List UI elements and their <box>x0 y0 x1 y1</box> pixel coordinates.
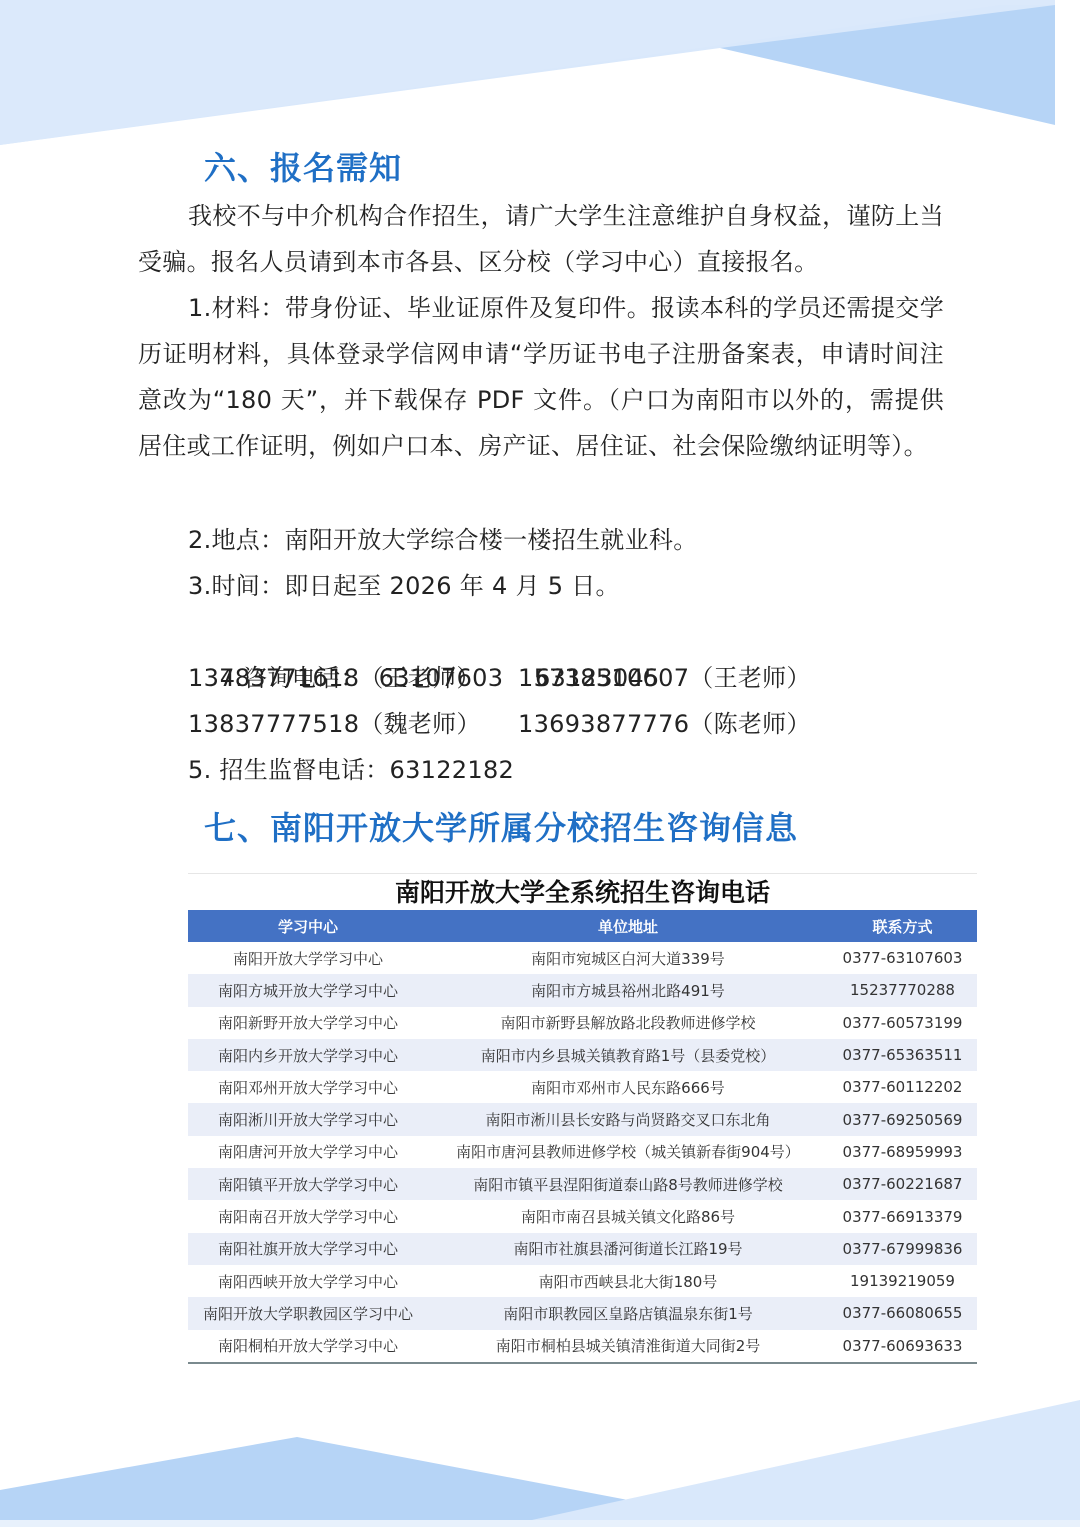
cell-center: 南阳开放大学学习中心 <box>188 942 428 974</box>
contact-table-grid: 学习中心 单位地址 联系方式 南阳开放大学学习中心南阳市宛城区白河大道339号0… <box>188 910 977 1362</box>
cell-phone: 0377-63107603 <box>828 942 977 974</box>
table-row: 南阳南召开放大学学习中心南阳市南召县城关镇文化路86号0377-66913379 <box>188 1200 977 1232</box>
table-row: 南阳新野开放大学学习中心南阳市新野县解放路北段教师进修学校0377-605731… <box>188 1007 977 1039</box>
cell-address: 南阳市社旗县潘河街道长江路19号 <box>428 1233 828 1265</box>
cell-center: 南阳镇平开放大学学习中心 <box>188 1168 428 1200</box>
cell-phone: 0377-67999836 <box>828 1233 977 1265</box>
cell-address: 南阳市桐柏县城关镇清淮街道大同街2号 <box>428 1330 828 1362</box>
section-title-branch-info: 七、南阳开放大学所属分校招生咨询信息 <box>204 808 798 848</box>
table-row: 南阳镇平开放大学学习中心南阳市镇平县涅阳街道泰山路8号教师进修学校0377-60… <box>188 1168 977 1200</box>
header-address: 单位地址 <box>428 910 828 942</box>
contact-phone: 13693877776（陈老师） <box>518 701 811 747</box>
header-contact: 联系方式 <box>828 910 977 942</box>
cell-address: 南阳市邓州市人民东路666号 <box>428 1071 828 1103</box>
cell-center: 南阳淅川开放大学学习中心 <box>188 1103 428 1135</box>
cell-phone: 0377-60221687 <box>828 1168 977 1200</box>
cell-address: 南阳市宛城区白河大道339号 <box>428 942 828 974</box>
cell-center: 南阳唐河开放大学学习中心 <box>188 1136 428 1168</box>
section-title-registration-notice: 六、报名需知 <box>204 148 402 188</box>
table-row: 南阳唐河开放大学学习中心南阳市唐河县教师进修学校（城关镇新春街904号）0377… <box>188 1136 977 1168</box>
cell-address: 南阳市镇平县涅阳街道泰山路8号教师进修学校 <box>428 1168 828 1200</box>
cell-address: 南阳市西峡县北大街180号 <box>428 1265 828 1297</box>
cell-address: 南阳市内乡县城关镇教育路1号（县委党校） <box>428 1039 828 1071</box>
materials-paragraph: 1.材料：带身份证、毕业证原件及复印件。报读本科的学员还需提交学历证明材料，具体… <box>138 285 944 469</box>
cell-address: 南阳市职教园区皇路店镇温泉东街1号 <box>428 1297 828 1329</box>
cell-phone: 0377-69250569 <box>828 1103 977 1135</box>
cell-address: 南阳市方城县裕州北路491号 <box>428 974 828 1006</box>
cell-center: 南阳西峡开放大学学习中心 <box>188 1265 428 1297</box>
cell-center: 南阳方城开放大学学习中心 <box>188 974 428 1006</box>
table-row: 南阳西峡开放大学学习中心南阳市西峡县北大街180号19139219059 <box>188 1265 977 1297</box>
cell-center: 南阳开放大学职教园区学习中心 <box>188 1297 428 1329</box>
cell-phone: 15237770288 <box>828 974 977 1006</box>
table-row: 南阳桐柏开放大学学习中心南阳市桐柏县城关镇清淮街道大同街2号0377-60693… <box>188 1330 977 1362</box>
table-row: 南阳邓州开放大学学习中心南阳市邓州市人民东路666号0377-60112202 <box>188 1071 977 1103</box>
table-row: 南阳内乡开放大学学习中心南阳市内乡县城关镇教育路1号（县委党校）0377-653… <box>188 1039 977 1071</box>
cell-center: 南阳南召开放大学学习中心 <box>188 1200 428 1232</box>
cell-phone: 0377-65363511 <box>828 1039 977 1071</box>
cell-phone: 0377-66080655 <box>828 1297 977 1329</box>
cell-phone: 0377-60112202 <box>828 1071 977 1103</box>
contact-table: 南阳开放大学全系统招生咨询电话 学习中心 单位地址 联系方式 南阳开放大学学习中… <box>188 873 977 1364</box>
location-line: 2.地点：南阳开放大学综合楼一楼招生就业科。 <box>188 517 698 563</box>
cell-center: 南阳邓州开放大学学习中心 <box>188 1071 428 1103</box>
cell-address: 南阳市唐河县教师进修学校（城关镇新春街904号） <box>428 1136 828 1168</box>
table-row: 南阳方城开放大学学习中心南阳市方城县裕州北路491号15237770288 <box>188 974 977 1006</box>
supervision-phone-line: 5. 招生监督电话：63122182 <box>188 747 514 793</box>
cell-address: 南阳市南召县城关镇文化路86号 <box>428 1200 828 1232</box>
cell-center: 南阳内乡开放大学学习中心 <box>188 1039 428 1071</box>
table-bottom-rule <box>188 1362 977 1364</box>
cell-center: 南阳社旗开放大学学习中心 <box>188 1233 428 1265</box>
cell-phone: 19139219059 <box>828 1265 977 1297</box>
contact-phone: 15738510607（王老师） <box>518 655 811 701</box>
cell-phone: 0377-60693633 <box>828 1330 977 1362</box>
table-header-row: 学习中心 单位地址 联系方式 <box>188 910 977 942</box>
contact-phone: 13837777518（魏老师） <box>188 701 481 747</box>
table-row: 南阳社旗开放大学学习中心南阳市社旗县潘河街道长江路19号0377-6799983… <box>188 1233 977 1265</box>
page-content: 六、报名需知 我校不与中介机构合作招生，请广大学生注意维护自身权益，谨防上当受骗… <box>0 0 1080 1527</box>
cell-address: 南阳市淅川县长安路与尚贤路交叉口东北角 <box>428 1103 828 1135</box>
cell-phone: 0377-60573199 <box>828 1007 977 1039</box>
intro-paragraph: 我校不与中介机构合作招生，请广大学生注意维护自身权益，谨防上当受骗。报名人员请到… <box>138 193 944 285</box>
cell-center: 南阳新野开放大学学习中心 <box>188 1007 428 1039</box>
table-row: 南阳开放大学学习中心南阳市宛城区白河大道339号0377-63107603 <box>188 942 977 974</box>
cell-center: 南阳桐柏开放大学学习中心 <box>188 1330 428 1362</box>
header-learning-center: 学习中心 <box>188 910 428 942</box>
cell-phone: 0377-68959993 <box>828 1136 977 1168</box>
table-row: 南阳开放大学职教园区学习中心南阳市职教园区皇路店镇温泉东街1号0377-6608… <box>188 1297 977 1329</box>
table-row: 南阳淅川开放大学学习中心南阳市淅川县长安路与尚贤路交叉口东北角0377-6925… <box>188 1103 977 1135</box>
contact-phone: 13783771618（王老师） <box>188 655 481 701</box>
cell-phone: 0377-66913379 <box>828 1200 977 1232</box>
cell-address: 南阳市新野县解放路北段教师进修学校 <box>428 1007 828 1039</box>
time-line: 3.时间：即日起至 2026 年 4 月 5 日。 <box>188 563 620 609</box>
table-title: 南阳开放大学全系统招生咨询电话 <box>188 874 977 910</box>
